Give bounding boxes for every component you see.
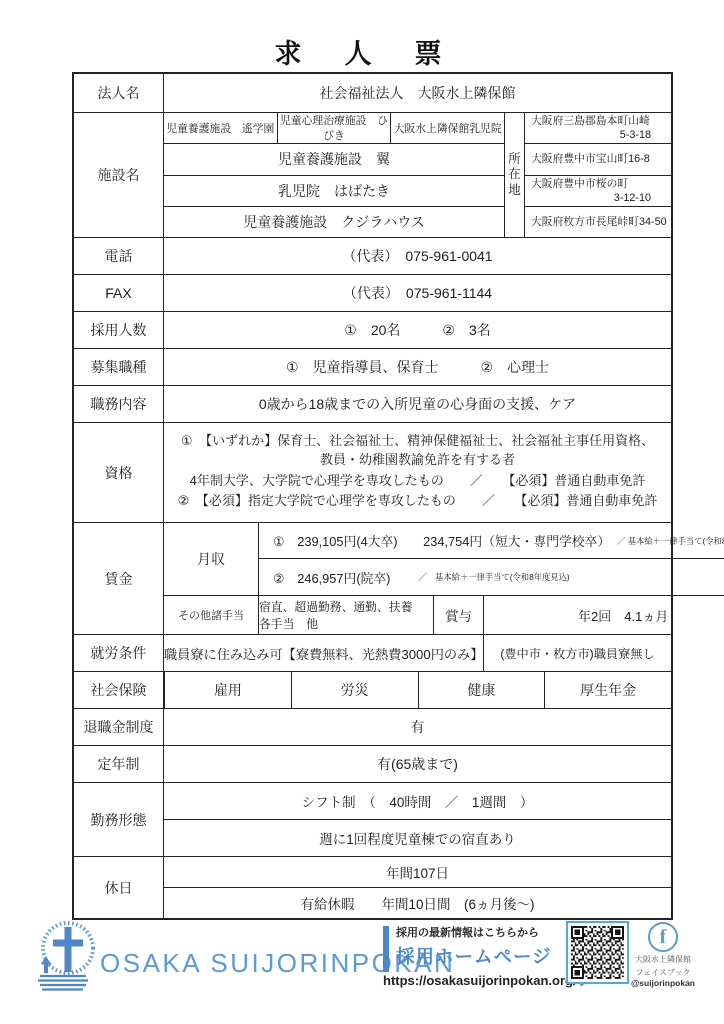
organization-logo bbox=[36, 918, 98, 1001]
wages-label: 賃金 bbox=[74, 523, 164, 634]
qualification-line: ① 【いずれか】保育士、社会福祉士、精神保健福祉士、社会福祉主事任用資格、 bbox=[168, 432, 667, 451]
facility-address-3: 大阪府豊中市桜の町 3-12-10 bbox=[525, 175, 671, 206]
job-posting-table: 法人名 社会福祉法人 大阪水上隣保館 施設名 児童養護施設 遙学園 児童心理治療… bbox=[72, 72, 673, 920]
facility-address-2: 大阪府豊中市宝山町16-8 bbox=[525, 143, 671, 174]
retirement-age-label: 定年制 bbox=[74, 746, 164, 782]
facebook-block: f 大阪水上隣保館 フェイスブック @suijorinpokan bbox=[623, 922, 703, 988]
conditions-no-dorm: (豊中市・枚方市)職員寮無し bbox=[484, 635, 671, 671]
work-style-label: 勤務形態 bbox=[74, 783, 164, 856]
recruit-tagline: 採用の最新情報はこちらから bbox=[396, 924, 589, 940]
facility-row-1: 児童養護施設 遙学園 児童心理治療施設 ひびき 大阪水上隣保館乳児院 bbox=[164, 113, 504, 143]
cross-lighthouse-waves-icon bbox=[36, 918, 98, 996]
qualifications-label: 資格 bbox=[74, 423, 164, 522]
qualification-line: 4年制大学、大学院で心理学を専攻したもの ／ 【必須】普通自動車免許 bbox=[168, 472, 667, 491]
hires-value: ① 20名 ② 3名 bbox=[164, 312, 671, 348]
allowance-label: その他諸手当 bbox=[164, 596, 259, 634]
retirement-age-value: 有(65歳まで) bbox=[164, 746, 671, 782]
table-row-wages: 賃金 月収 ① 239,105円(4大卒) 234,754円（短大・専門学校卒）… bbox=[74, 522, 671, 634]
facebook-handle: @suijorinpokan bbox=[623, 978, 703, 988]
allowance-value: 宿直、超過勤務、通勤、扶養 各手当 他 bbox=[259, 596, 434, 634]
qr-code bbox=[566, 921, 629, 984]
address-line-2: 5-3-18 bbox=[531, 128, 667, 142]
phone-value: （代表） 075-961-0041 bbox=[164, 238, 671, 274]
page-title: 求 人 票 bbox=[0, 32, 724, 71]
facility-address-column: 大阪府三島郡島本町山崎 5-3-18 大阪府豊中市宝山町16-8 大阪府豊中市桜… bbox=[525, 113, 671, 237]
qualification-block-1: ① 【いずれか】保育士、社会福祉士、精神保健福祉士、社会福祉主事任用資格、 教員… bbox=[168, 432, 667, 470]
bonus-value: 年2回 4.1ヵ月 bbox=[484, 596, 724, 634]
address-line: 大阪府豊中市宝山町16-8 bbox=[531, 152, 667, 166]
conditions-dorm: 職員寮に住み込み可【寮費無料、光熱費3000円のみ】 bbox=[164, 635, 484, 671]
facility-names-column: 児童養護施設 遙学園 児童心理治療施設 ひびき 大阪水上隣保館乳児院 児童養護施… bbox=[164, 113, 504, 237]
insurance-label: 社会保険 bbox=[74, 672, 164, 708]
facebook-caption-2: フェイスブック bbox=[623, 967, 703, 978]
work-style-night-duty: 週に1回程度児童棟での宿直あり bbox=[164, 819, 671, 856]
table-row-retirement-age: 定年制 有(65歳まで) bbox=[74, 745, 671, 782]
recruit-homepage-block: 採用の最新情報はこちらから 採用ホームページ https://osakasuij… bbox=[383, 924, 589, 988]
table-row-qualifications: 資格 ① 【いずれか】保育士、社会福祉士、精神保健福祉士、社会福祉主事任用資格、… bbox=[74, 422, 671, 522]
monthly-wage-values: ① 239,105円(4大卒) 234,754円（短大・専門学校卒） ／ 基本給… bbox=[259, 523, 724, 595]
corporate-label: 法人名 bbox=[74, 74, 164, 112]
corporate-value: 社会福祉法人 大阪水上隣保館 bbox=[164, 74, 671, 112]
facility-row-4: 児童養護施設 クジラハウス bbox=[164, 206, 504, 237]
recruit-url-link[interactable]: https://osakasuijorinpokan.org/ ▶ bbox=[383, 973, 589, 988]
table-row-facilities: 施設名 児童養護施設 遙学園 児童心理治療施設 ひびき 大阪水上隣保館乳児院 児… bbox=[74, 112, 671, 237]
table-row-duties: 職務内容 0歳から18歳までの入所児童の心身面の支援、ケア bbox=[74, 385, 671, 422]
facility-name: 児童養護施設 遙学園 bbox=[164, 113, 277, 143]
insurance-health: 健康 bbox=[418, 672, 545, 708]
job-posting-page: 求 人 票 法人名 社会福祉法人 大阪水上隣保館 施設名 児童養護施設 遙学園 … bbox=[0, 0, 724, 1024]
insurance-accident: 労災 bbox=[291, 672, 418, 708]
address-line-2: 3-12-10 bbox=[531, 191, 667, 205]
facility-row-2: 児童養護施設 翼 bbox=[164, 143, 504, 174]
positions-label: 募集職種 bbox=[74, 349, 164, 385]
table-row-hires: 採用人数 ① 20名 ② 3名 bbox=[74, 311, 671, 348]
monthly-wage-block: 月収 ① 239,105円(4大卒) 234,754円（短大・専門学校卒） ／ … bbox=[164, 523, 724, 595]
wages-grid: 月収 ① 239,105円(4大卒) 234,754円（短大・専門学校卒） ／ … bbox=[164, 523, 724, 634]
positions-value: ① 児童指導員、保育士 ② 心理士 bbox=[164, 349, 671, 385]
table-row-insurance: 社会保険 雇用 労災 健康 厚生年金 bbox=[74, 671, 671, 708]
conditions-label: 就労条件 bbox=[74, 635, 164, 671]
monthly-wage-2-amount: ② 246,957円(院卒) bbox=[273, 568, 390, 587]
hires-label: 採用人数 bbox=[74, 312, 164, 348]
monthly-wage-2: ② 246,957円(院卒) ／ 基本給＋一律手当て(令和8年度見込) bbox=[259, 559, 724, 595]
facility-name: 児童心理治療施設 ひびき bbox=[277, 113, 391, 143]
qualifications-text: ① 【いずれか】保育士、社会福祉士、精神保健福祉士、社会福祉主事任用資格、 教員… bbox=[164, 423, 671, 522]
monthly-wage-label: 月収 bbox=[164, 523, 259, 595]
facebook-caption-1: 大阪水上隣保館 bbox=[623, 954, 703, 965]
accent-bar bbox=[383, 926, 389, 972]
insurance-pension: 厚生年金 bbox=[544, 672, 671, 708]
facility-row-3: 乳児院 はばたき bbox=[164, 175, 504, 206]
facility-address-1: 大阪府三島郡島本町山崎 5-3-18 bbox=[525, 113, 671, 143]
address-line: 大阪府三島郡島本町山崎 bbox=[531, 114, 667, 128]
recruit-headline: 採用ホームページ bbox=[396, 943, 589, 969]
qualification-line: 教員・幼稚園教諭免許を有する者 bbox=[168, 451, 667, 470]
monthly-wage-1: ① 239,105円(4大卒) 234,754円（短大・専門学校卒） ／ 基本給… bbox=[259, 523, 724, 559]
url-text[interactable]: https://osakasuijorinpokan.org/ bbox=[383, 973, 577, 988]
duties-value: 0歳から18歳までの入所児童の心身面の支援、ケア bbox=[164, 386, 671, 422]
work-style-shift: シフト制 （ 40時間 ／ 1週間 ） bbox=[164, 783, 671, 819]
qr-code-icon bbox=[571, 926, 624, 979]
facebook-icon[interactable]: f bbox=[648, 922, 678, 952]
table-row-retirement-pay: 退職金制度 有 bbox=[74, 708, 671, 745]
table-row-corporate: 法人名 社会福祉法人 大阪水上隣保館 bbox=[74, 74, 671, 112]
holidays-paid-leave: 有給休暇 年間10日間 (6ヵ月後～) bbox=[164, 887, 671, 918]
insurance-employment: 雇用 bbox=[164, 672, 291, 708]
phone-label: 電話 bbox=[74, 238, 164, 274]
holidays-label: 休日 bbox=[74, 857, 164, 918]
qualification-line: ② 【必須】指定大学院で心理学を専攻したもの ／ 【必須】普通自動車免許 bbox=[168, 492, 667, 511]
location-vertical-label: 所在地 bbox=[504, 113, 525, 237]
bonus-label: 賞与 bbox=[434, 596, 484, 634]
facility-address-4: 大阪府枚方市長尾峠町34-50 bbox=[525, 206, 671, 237]
monthly-wage-2-note: ／ 基本給＋一律手当て(令和8年度見込) bbox=[418, 571, 569, 583]
address-line: 大阪府枚方市長尾峠町34-50 bbox=[531, 215, 667, 229]
facilities-grid: 児童養護施設 遙学園 児童心理治療施設 ひびき 大阪水上隣保館乳児院 児童養護施… bbox=[164, 113, 671, 237]
monthly-wage-1-amount: ① 239,105円(4大卒) 234,754円（短大・専門学校卒） bbox=[273, 531, 610, 550]
table-row-holidays: 休日 年間107日 有給休暇 年間10日間 (6ヵ月後～) bbox=[74, 856, 671, 918]
duties-label: 職務内容 bbox=[74, 386, 164, 422]
table-row-work-style: 勤務形態 シフト制 （ 40時間 ／ 1週間 ） 週に1回程度児童棟での宿直あり bbox=[74, 782, 671, 856]
table-row-positions: 募集職種 ① 児童指導員、保育士 ② 心理士 bbox=[74, 348, 671, 385]
table-row-phone: 電話 （代表） 075-961-0041 bbox=[74, 237, 671, 274]
facility-name: 大阪水上隣保館乳児院 bbox=[390, 113, 504, 143]
holidays-values: 年間107日 有給休暇 年間10日間 (6ヵ月後～) bbox=[164, 857, 671, 918]
table-row-fax: FAX （代表） 075-961-1144 bbox=[74, 274, 671, 311]
facilities-label: 施設名 bbox=[74, 113, 164, 237]
fax-label: FAX bbox=[74, 275, 164, 311]
holidays-annual: 年間107日 bbox=[164, 857, 671, 887]
retirement-pay-value: 有 bbox=[164, 709, 671, 745]
address-line: 大阪府豊中市桜の町 bbox=[531, 177, 667, 191]
retirement-pay-label: 退職金制度 bbox=[74, 709, 164, 745]
table-row-conditions: 就労条件 職員寮に住み込み可【寮費無料、光熱費3000円のみ】 (豊中市・枚方市… bbox=[74, 634, 671, 671]
fax-value: （代表） 075-961-1144 bbox=[164, 275, 671, 311]
monthly-wage-1-note: ／ 基本給＋一律手当て(令和8年度見込) bbox=[617, 535, 724, 547]
work-style-values: シフト制 （ 40時間 ／ 1週間 ） 週に1回程度児童棟での宿直あり bbox=[164, 783, 671, 856]
allowance-bonus-row: その他諸手当 宿直、超過勤務、通勤、扶養 各手当 他 賞与 年2回 4.1ヵ月 bbox=[164, 595, 724, 634]
